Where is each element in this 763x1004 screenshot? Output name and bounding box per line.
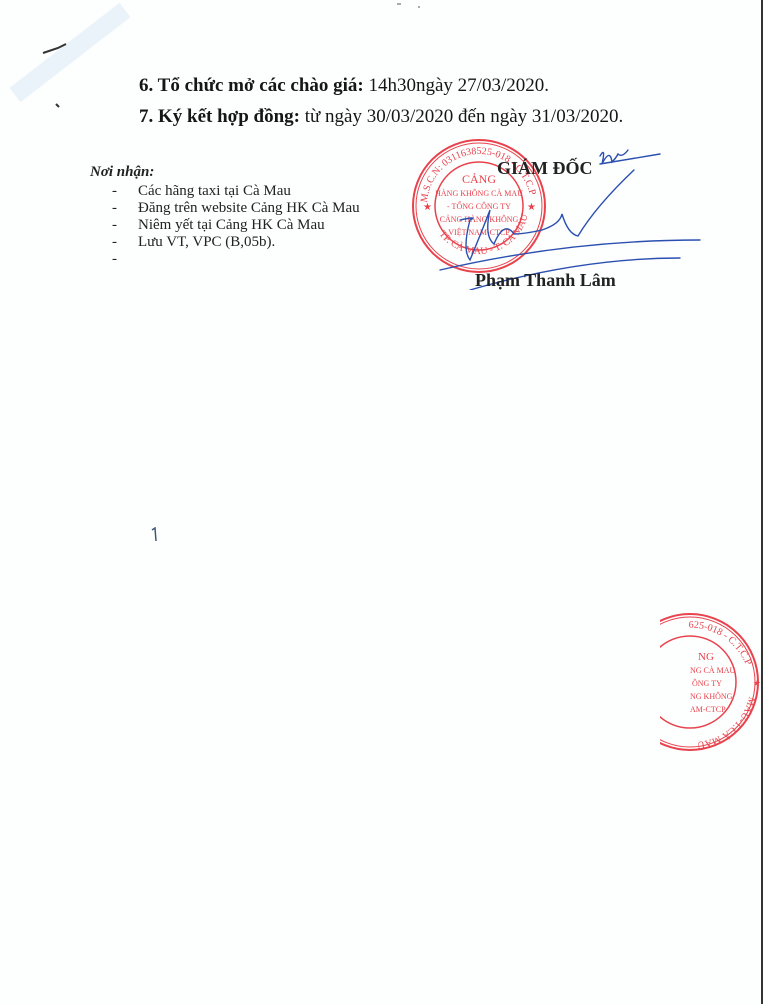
section-7: 7. Ký kết hợp đồng: từ ngày 30/03/2020 đ…: [139, 106, 623, 128]
svg-text:NG KHÔNG: NG KHÔNG: [690, 691, 733, 701]
svg-text:★: ★: [753, 678, 761, 688]
svg-text:NG CÀ MAU: NG CÀ MAU: [690, 665, 736, 675]
scan-mark: [150, 527, 162, 543]
recipient-item: Các hãng taxi tại Cà Mau: [90, 183, 368, 200]
recipient-item: Đăng trên website Cảng HK Cà Mau: [90, 200, 368, 217]
recipient-item: Niêm yết tại Cảng HK Cà Mau: [90, 217, 368, 234]
recipients-title: Nơi nhận:: [90, 164, 368, 181]
recipients-list: Các hãng taxi tại Cà Mau Đăng trên websi…: [90, 183, 368, 268]
signer-name: Phạm Thanh Lâm: [475, 270, 616, 291]
recipients-block: Nơi nhận: Các hãng taxi tại Cà Mau Đăng …: [90, 164, 368, 268]
section-6-value: 14h30ngày 27/03/2020.: [364, 75, 549, 96]
svg-text:AM-CTCP: AM-CTCP: [690, 705, 726, 714]
section-6-label: 6. Tổ chức mở các chào giá:: [139, 75, 364, 96]
section-7-label: 7. Ký kết hợp đồng:: [139, 106, 300, 127]
recipient-item: Lưu VT, VPC (B,05b).: [90, 234, 368, 251]
svg-text:ÔNG TY: ÔNG TY: [692, 678, 722, 688]
recipient-item: [90, 251, 368, 268]
scan-mark: [396, 2, 426, 10]
svg-text:NG: NG: [698, 651, 714, 663]
scan-smudge: [0, 0, 200, 120]
signature-ink: [420, 140, 720, 290]
partial-stamp: 625-018 - C.T.C.P MAU-T.CÀ MAU ★ NG NG C…: [660, 610, 763, 755]
svg-text:MAU-T.CÀ MAU: MAU-T.CÀ MAU: [696, 695, 757, 750]
section-7-value: từ ngày 30/03/2020 đến ngày 31/03/2020.: [300, 106, 623, 127]
section-6: 6. Tổ chức mở các chào giá: 14h30ngày 27…: [139, 75, 549, 97]
